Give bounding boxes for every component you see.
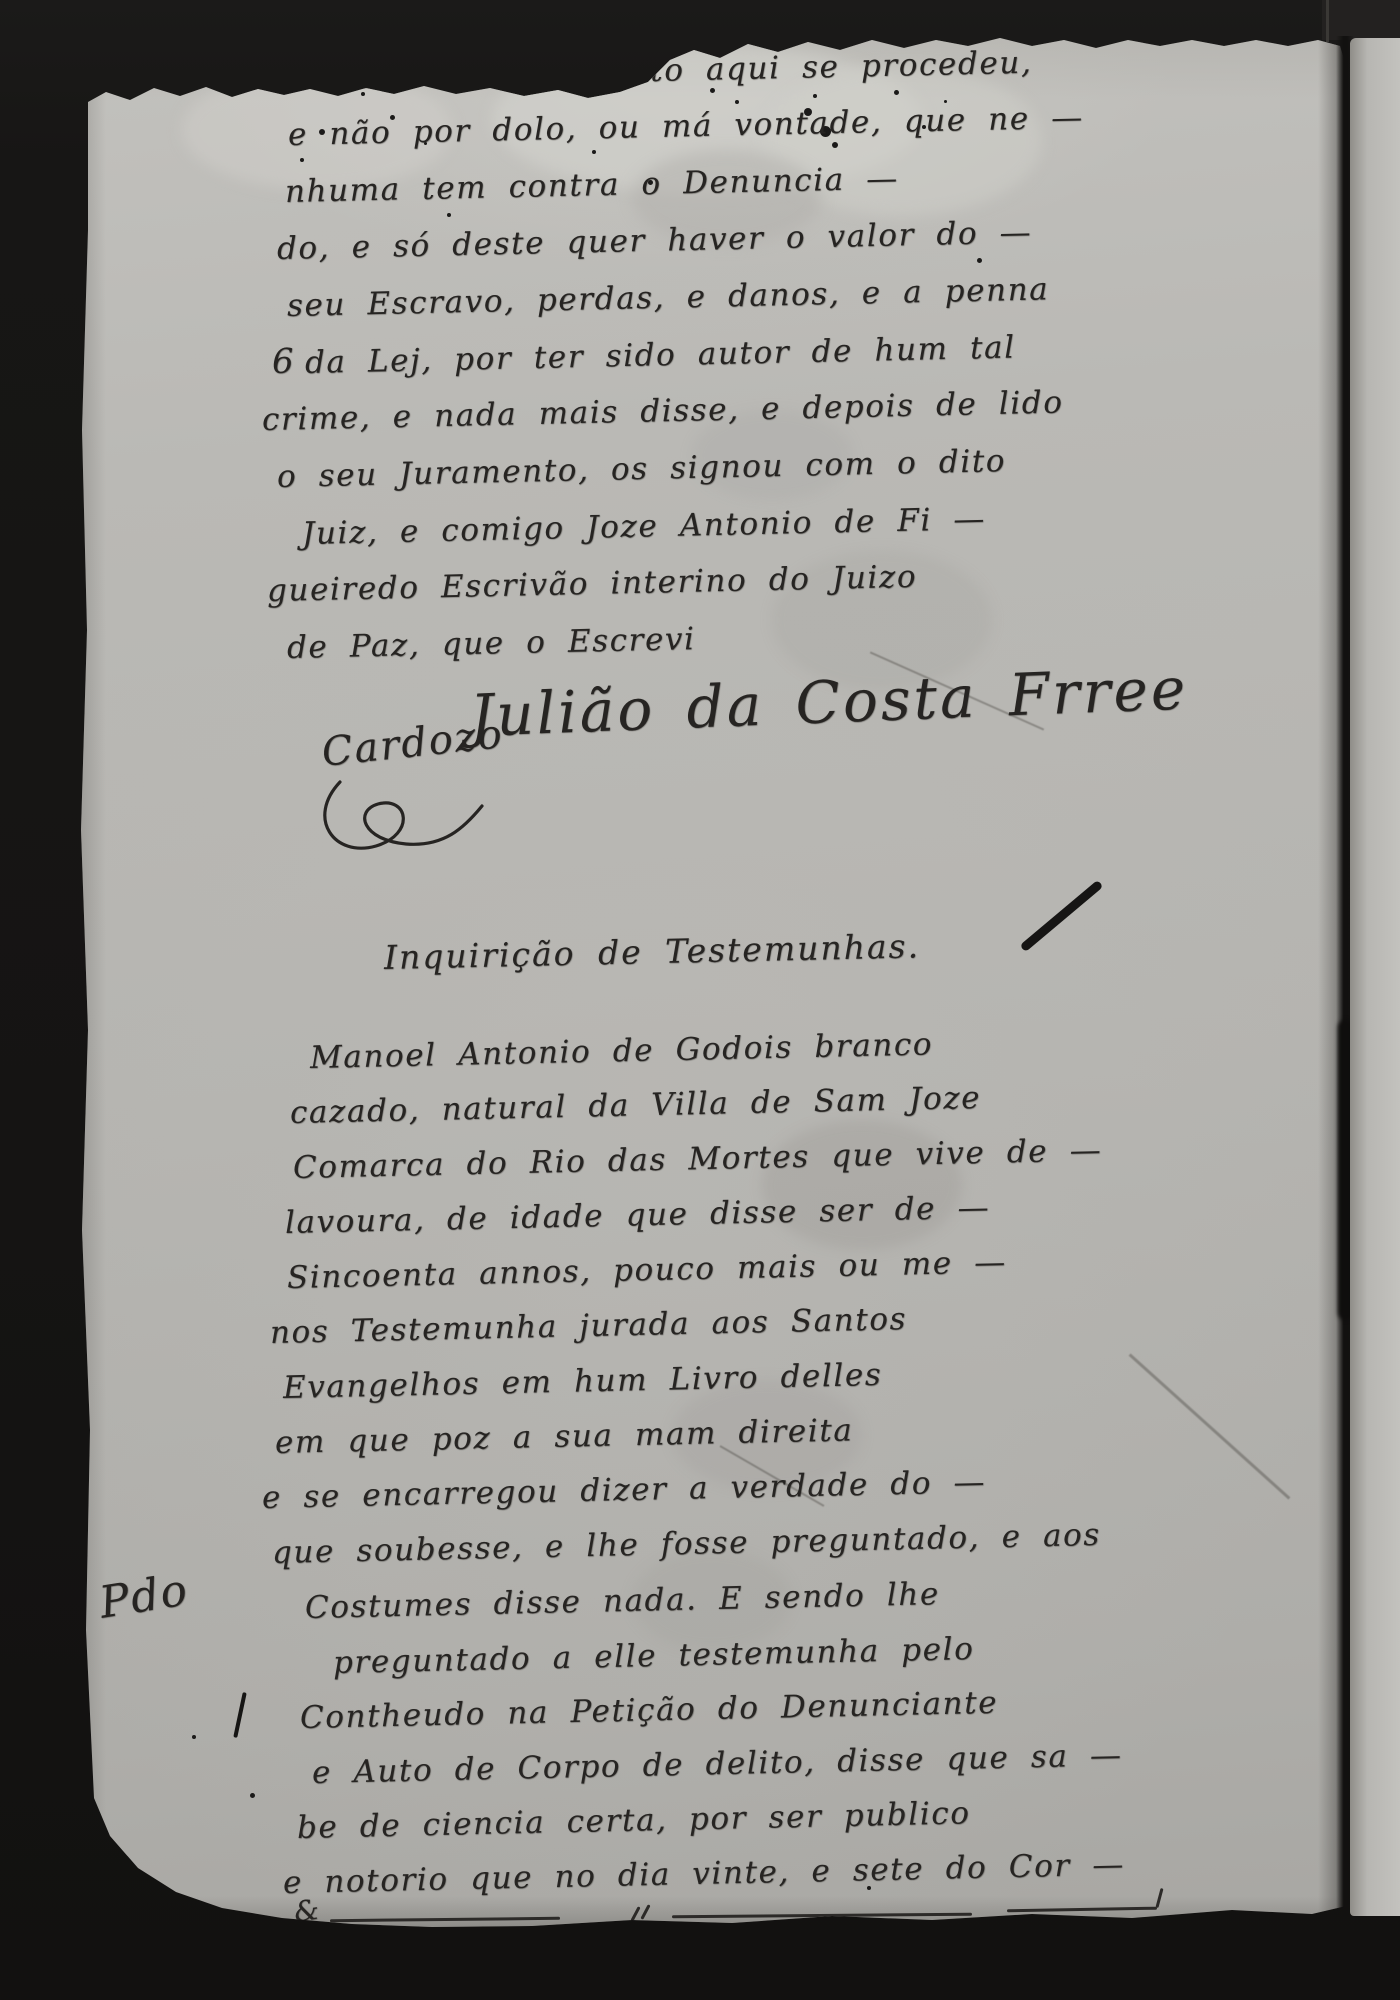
manuscript-line: Manoel Antonio de Godois branco <box>310 1026 934 1076</box>
signature: Julião da Costa Frree <box>469 654 1190 750</box>
manuscript-line: nhuma tem contra o Denuncia — <box>285 161 900 210</box>
scanned-book-spread: De Corpo de delito aqui se procedeu, e n… <box>0 0 1400 2000</box>
manuscript-line: de Paz, que o Escrevi <box>287 621 696 666</box>
manuscript-line: cazado, natural da Villa de Sam Joze <box>290 1080 982 1131</box>
pen-dash <box>330 1917 560 1922</box>
section-heading: Inquirição de Testemunhas. <box>384 926 921 977</box>
ink-speck <box>735 100 739 104</box>
next-page-edge <box>1350 38 1400 1916</box>
manuscript-line: Contheudo na Petição do Denunciante <box>300 1685 999 1736</box>
manuscript-line: o seu Juramento, os signou com o dito <box>277 443 1007 495</box>
manuscript-line: seu Escravo, perdas, e danos, e a penna <box>287 271 1050 324</box>
manuscript-line: do, e só deste quer haver o valor do — <box>277 215 1033 267</box>
ink-stroke-mark <box>233 1692 246 1738</box>
bottom-line-fragment: & <box>292 1892 323 1928</box>
ink-speck <box>192 1735 196 1739</box>
manuscript-page: De Corpo de delito aqui se procedeu, e n… <box>72 30 1346 1942</box>
manuscript-line: preguntado a elle testemunha pelo <box>333 1631 975 1681</box>
manuscript-line: Comarca do Rio das Mortes que vive de — <box>293 1132 1103 1186</box>
ink-stroke-mark <box>1020 880 1104 952</box>
manuscript-line: Costumes disse nada. E sendo lhe <box>305 1576 941 1626</box>
manuscript-line: crime, e nada mais disse, e depois de li… <box>262 385 1064 438</box>
manuscript-line: lavoura, de idade que disse ser de — <box>285 1190 991 1241</box>
manuscript-line: e se encarregou dizer a verdade do — <box>262 1464 987 1516</box>
signature-flourish <box>312 770 492 870</box>
manuscript-line: em que poz a sua mam direita <box>275 1412 854 1461</box>
manuscript-line: De Corpo de delito aqui se procedeu, <box>330 45 1033 96</box>
manuscript-line: be de ciencia certa, por ser publico <box>297 1795 971 1846</box>
ink-speck <box>134 1870 137 1873</box>
pen-dash <box>1007 1907 1157 1913</box>
ink-speck <box>977 258 982 263</box>
ink-speck <box>894 90 899 95</box>
manuscript-line: nos Testemunha jurada aos Santos <box>270 1301 908 1351</box>
pen-dash <box>630 1906 640 1922</box>
manuscript-line: que soubesse, e lhe fosse preguntado, e … <box>272 1517 1102 1571</box>
manuscript-line: e Auto de Corpo de delito, disse que sa … <box>312 1737 1123 1791</box>
pen-dash <box>1155 1888 1163 1908</box>
pen-dash <box>640 1904 650 1920</box>
manuscript-line: e notorio que no dia vinte, e sete do Co… <box>283 1847 1126 1901</box>
manuscript-line: Sincoenta annos, pouco mais ou me — <box>287 1244 1008 1296</box>
manuscript-line: da Lej, por ter sido autor de hum tal <box>305 329 1016 380</box>
ink-speck <box>710 88 715 93</box>
background-patch <box>1322 0 1400 40</box>
manuscript-line: gueiredo Escrivão interino do Juizo <box>267 559 918 609</box>
margin-numeral: 6 <box>272 341 296 381</box>
manuscript-line: e não por dolo, ou má vontade, que ne — <box>288 100 1085 153</box>
scratch-mark <box>1129 1353 1291 1499</box>
ink-speck <box>250 1793 255 1798</box>
ink-speck <box>592 150 596 154</box>
ink-speck <box>813 94 817 98</box>
pen-dash <box>672 1913 972 1919</box>
margin-note: Pdo <box>96 1564 192 1628</box>
ink-speck <box>832 142 838 148</box>
paper-edge-shading <box>72 1896 1346 1942</box>
manuscript-line: Juiz, e comigo Joze Antonio de Fi — <box>302 501 987 552</box>
ink-speck <box>300 158 304 162</box>
ink-speck <box>447 213 451 217</box>
paper-edge-shading <box>72 30 106 1942</box>
background-seam <box>1326 0 1329 42</box>
manuscript-line: Evangelhos em hum Livro delles <box>283 1357 883 1406</box>
